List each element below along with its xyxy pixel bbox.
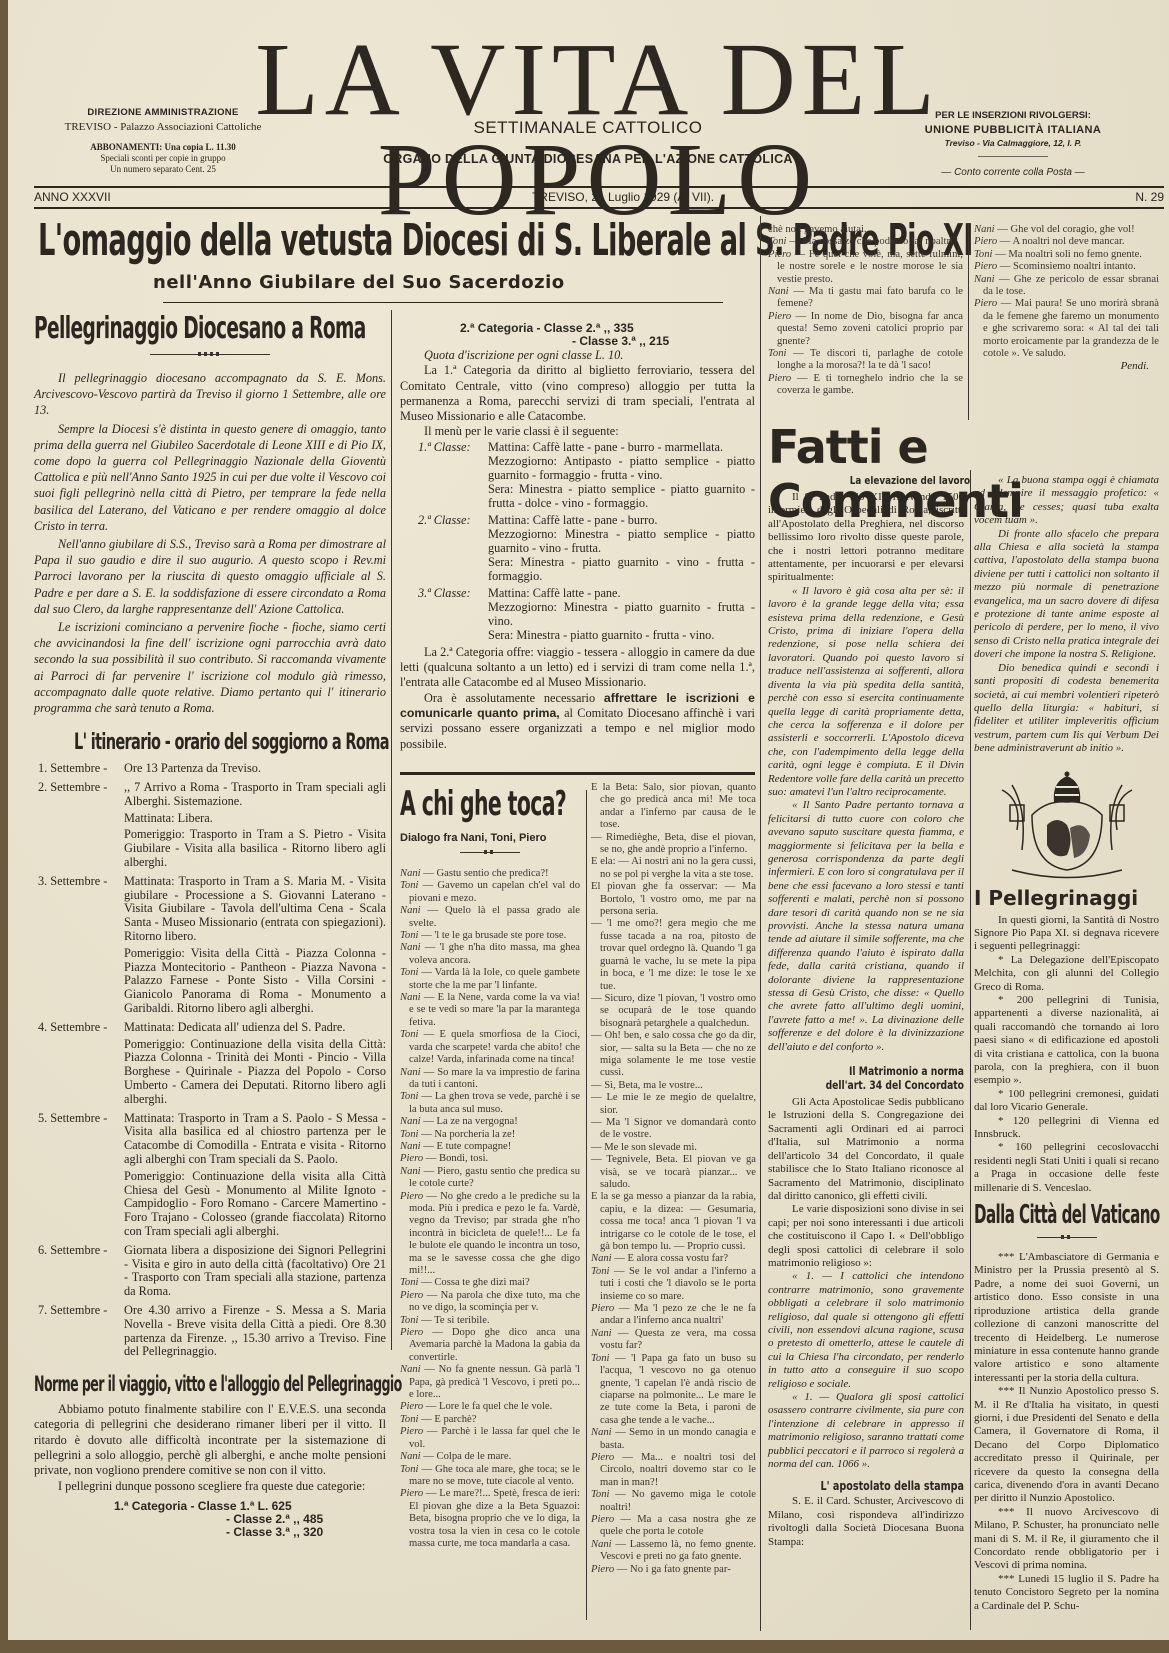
quota-text: Quota d'iscrizione per ogni classe L. 10… [400, 348, 755, 363]
day-entry: Mattinata: Trasporto in Tram a S. Paolo … [124, 1112, 386, 1167]
dialogue-line: Nani — Ghe ze pericolo de essar sbranai … [974, 274, 1159, 299]
day-entry: Mattinata: Libera. [124, 812, 386, 826]
fatti-col-left: La elevazione del lavoro Il S. Padre Pio… [768, 474, 964, 1549]
paragraph: Sempre la Diocesi s'è distinta in questo… [34, 421, 386, 534]
speaker-name: Piero [400, 1426, 427, 1437]
unione-address: Treviso - Via Calmaggiore, 12, I. P. [868, 138, 1158, 148]
meal: Mattina: Caffè latte - pane - burro - ma… [488, 440, 755, 454]
speaker-name: Toni [400, 880, 423, 891]
meal: Sera: Minestra - piatto guarnito - frutt… [488, 628, 755, 642]
paragraph: Dio benedica quindi e secondi i santi pr… [974, 662, 1159, 756]
dialogo-title: A chi ghe toca? [400, 782, 580, 826]
itinerary-day: 6. Settembre - Giornata libera a disposi… [34, 1244, 386, 1302]
menu-intro: Il menù per le varie classi è il seguent… [400, 424, 755, 439]
dialogue-line: Piero — No ghe credo a le prediche su la… [400, 1191, 580, 1278]
lead-subheadline: nell'Anno Giubilare del Suo Sacerdozio [153, 272, 713, 293]
line-text: — Mai paura! Se uno morirà sbranà da le … [983, 298, 1159, 359]
line-text: — Te discori ti, parlaghe de cotole long… [777, 348, 963, 371]
dialogue-line: E ela: — Ai nostri ani no la gera cussì,… [591, 856, 756, 881]
speaker-name: Toni [974, 249, 995, 260]
line-text: — Colpa de le mare. [423, 1451, 511, 1462]
divider [978, 156, 1048, 157]
dialogue-line: Toni — E parchè? [400, 1414, 580, 1426]
pilgrimage-item: * 120 pellegrini di Vienna ed Innsbruck. [974, 1115, 1159, 1142]
speaker-name: Piero [591, 1564, 617, 1575]
column-rule [970, 470, 971, 1630]
day-date: 6. Settembre - [34, 1244, 124, 1302]
day-entry: Ore 4.30 arrivo a Firenze - S. Messa a S… [124, 1304, 386, 1359]
dialogue-line: Toni — Te si teribile. [400, 1315, 580, 1327]
menu-class: 3.ª Classe: Mattina: Caffè latte - pane.… [400, 586, 755, 642]
dialogue-line: Toni — La ghen trova se vede, parchè i s… [400, 1091, 580, 1116]
speaker-name: Piero [400, 1327, 432, 1338]
dialogue-line: Nani — So mare la va imprestio de farina… [400, 1067, 580, 1092]
paragraph: Il pellegrinaggio diocesano accompagnato… [34, 370, 386, 419]
price-line: - Classe 3.ª ,, 320 [114, 1526, 386, 1539]
masthead-rule-bottom [34, 207, 1164, 209]
dialogue-line: Toni — Ma cossa ze che podemo far noaltr… [768, 236, 963, 248]
dialogue-line: Nani — Piero, gastu sentio che predica s… [400, 1166, 580, 1191]
newspaper-page: LA VITA DEL POPOLO DIREZIONE AMMINISTRAZ… [8, 0, 1169, 1640]
meal: Mezzogiorno: Minestra - piatto semplice … [488, 527, 755, 555]
dialogue-line: Toni — Na porcheria la ze! [400, 1129, 580, 1141]
masthead-right-info: PER LE INSERZIONI RIVOLGERSI: UNIONE PUB… [868, 110, 1158, 178]
class-label: 3.ª Classe: [400, 586, 488, 642]
line-text: — Te si teribile. [421, 1315, 490, 1326]
line-text: — A noaltri nol deve mancar. [1000, 236, 1125, 247]
line-text: — Ma a casa nostra ghe ze quele che port… [600, 1514, 756, 1537]
inserzioni-label: PER LE INSERZIONI RIVOLGERSI: [868, 110, 1158, 121]
dialogue-line: Toni — 'l te le ga brusade ste pore tose… [400, 930, 580, 942]
speaker-name: Nani [400, 1451, 423, 1462]
line-text: — Le mare?!... Spetè, fresca de ieri: El… [409, 1488, 580, 1549]
line-text: — Ma noaltri soli no femo gnente. [995, 249, 1142, 260]
day-entry: Giornata libera a disposizione dei Signo… [124, 1244, 386, 1299]
line-text: — 'l me omo?! gera megio che me fusse ta… [591, 918, 756, 991]
closing-paragraph: Ora è assolutamente necessario affrettar… [400, 691, 755, 752]
dialogo-col3: chè no i gavemo aiutai.Toni — Ma cossa z… [768, 224, 963, 398]
price-line: - Classe 3.ª ,, 215 [460, 335, 755, 348]
dialogue-line: Nani — E tute compagne! [400, 1141, 580, 1153]
paragraph: Le varie disposizioni sono divise in sei… [768, 1203, 964, 1270]
meal: Mezzogiorno: Minestra - piatto guarnito … [488, 600, 755, 628]
section-rule [400, 772, 755, 775]
paragraph: Gli Acta Apostolicae Sedis pubblicano le… [768, 1096, 964, 1203]
line-text: — Scominsiemo noaltri intanto. [1000, 261, 1136, 272]
speaker-name: Piero [974, 236, 1000, 247]
lavoro-quote: « Il lavoro è già cosa alta per sè: il l… [768, 585, 964, 800]
dialogue-line: Piero — Le mare?!... Spetè, fresca de ie… [400, 1488, 580, 1550]
line-text: — Ghe ze pericolo de essar sbranai da le… [983, 274, 1159, 297]
line-text: — Ghe vol del coragio, ghe vol! [997, 224, 1134, 235]
itinerary-day: 3. Settembre - Mattinata: Trasporto in T… [34, 875, 386, 1019]
dialogue-line: Piero — No i ga fato gnente par- [591, 1564, 756, 1576]
paragraph: Di fronte allo sfacelo che prepara alla … [974, 528, 1159, 662]
line-text: — E quela smorfiosa de la Cioci, varda c… [409, 1029, 580, 1065]
speaker-name: Nani [400, 942, 425, 953]
speaker-name: Toni [400, 1315, 421, 1326]
dialogue-line: Nani — La ze na vergogna! [400, 1116, 580, 1128]
speaker-name: Nani [400, 1116, 423, 1127]
pilgrimage-item: * La Delegazione dell'Episcopato Melchit… [974, 954, 1159, 994]
speaker-name: Piero [768, 311, 796, 322]
dialogue-line: Piero — Na parola che dixe tuto, ma che … [400, 1290, 580, 1315]
dialogue-line: — Oh! ben, e salo cossa che go da dir, s… [591, 1030, 756, 1080]
lead-headline: L'omaggio della vetusta Diocesi di S. Li… [38, 214, 770, 268]
line-text: — Me le son slevade mi. [591, 1142, 697, 1153]
numero-price-text: Un numero separato Cent. 25 [38, 164, 288, 175]
day-entry: Pomeriggio: Trasporto in Tram a S. Pietr… [124, 828, 386, 869]
dialogue-line: — Me le son slevade mi. [591, 1142, 756, 1154]
dialogue-lines: Nani — Ghe vol del coragio, ghe vol!Pier… [974, 224, 1159, 360]
paragraph: S. E. il Card. Schuster, Arcivescovo di … [768, 1495, 964, 1549]
speaker-name: Piero [591, 1514, 620, 1525]
line-text: — La ghen trova se vede, parchè i se la … [409, 1091, 580, 1114]
dialogo-col4: Nani — Ghe vol del coragio, ghe vol!Pier… [974, 224, 1159, 372]
line-text: — No i ga fato gnente par- [617, 1564, 731, 1575]
speaker-name: Toni [591, 1266, 614, 1277]
speaker-name: Toni [400, 1464, 421, 1475]
day-date: 2. Settembre - [34, 781, 124, 873]
paragraph: I pellegrini dunque possono scegliere fr… [34, 1479, 386, 1494]
speaker-name: Nani [400, 992, 424, 1003]
vatican-item: *** Lunedì 15 luglio il S. Padre ha tenu… [974, 1573, 1159, 1613]
stampa-title: L' apostolato della stampa [807, 1479, 964, 1493]
itinerario-list: 1. Settembre - Ore 13 Partenza da Trevis… [34, 762, 386, 1362]
dialogue-line: — Rimedièghe, Beta, dise el piovan, se n… [591, 832, 756, 857]
line-text: — Ma 'l pezo ze che le ne fa andar a l'i… [600, 1303, 756, 1326]
speaker-name: Nani [591, 1253, 614, 1264]
line-text: — Gavemo un capelan ch'el val do piovani… [409, 880, 580, 903]
line-text: — 'l ghe n'ha dito massa, ma ghea voleva… [409, 942, 580, 965]
paragraph: « 1. — I cattolici che intendono contrar… [768, 1270, 964, 1391]
speaker-name: Piero [768, 249, 795, 260]
line-text: — E tute compagne! [423, 1141, 511, 1152]
day-date: 1. Settembre - [34, 762, 124, 779]
day-date: 7. Settembre - [34, 1304, 124, 1362]
pellegrinaggio-title: Pellegrinaggio Diocesano a Roma [34, 310, 394, 348]
day-date: 5. Settembre - [34, 1112, 124, 1242]
menu-class: 1.ª Classe: Mattina: Caffè latte - pane … [400, 440, 755, 510]
dateline: ANNO XXXVII TREVISO, 21 Luglio 1929 (A. … [34, 190, 1164, 204]
line-text: — Fè quel che volè, ma, sette fulmini, l… [777, 249, 963, 285]
speaker-name: Nani [974, 224, 997, 235]
dialogue-line: Piero — Parchè i le lassa far quel che l… [400, 1426, 580, 1451]
line-text: — Ma 'l Signor ve domandarà conto de le … [591, 1117, 756, 1140]
norme-continued: 2.ª Categoria - Classe 2.ª ,, 335 - Clas… [400, 322, 755, 752]
dialogue-line: Toni — Cossa te ghe dizi mai? [400, 1277, 580, 1289]
speaker-name: Piero [591, 1452, 622, 1463]
meal: Mezzogiorno: Antipasto - piatto semplice… [488, 454, 755, 482]
pilgrimage-item: * 200 pellegrini di Tunisia, appartenent… [974, 994, 1159, 1088]
speaker-name: Piero [400, 1488, 426, 1499]
day-entry: Pomeriggio: Continuazione della visita a… [124, 1170, 386, 1239]
speaker-name: Nani [591, 1539, 615, 1550]
dialogue-line: Nani — No fa gnente nessun. Gà parlà 'l … [400, 1364, 580, 1401]
line-text: — Gastu sentio che predica?! [423, 868, 548, 879]
speaker-name: Toni [400, 967, 421, 978]
masthead-center: SETTIMANALE CATTOLICO ORGANO DELLA GIUNT… [308, 118, 868, 166]
address-text: TREVISO - Palazzo Associazioni Cattolich… [38, 121, 288, 134]
dialogue-line: Nani — Lassemo là, no femo gnente. Vesco… [591, 1539, 756, 1564]
line-text: — E la Nene, varda come la va via! e se … [409, 992, 580, 1028]
speaker-name: Piero [974, 261, 1000, 272]
dialogo-col2: E la Beta: Salo, sior piovan, quanto che… [591, 782, 756, 1576]
speaker-name: Toni [768, 348, 793, 359]
day-date: 3. Settembre - [34, 875, 124, 1019]
line-text: — In nome de Dio, bisogna far anca quest… [777, 311, 963, 347]
dialogue-line: Piero — Dopo ghe dico anca una Avemaria … [400, 1327, 580, 1364]
speaker-name: Piero [591, 1303, 619, 1314]
matrimonio-title: Il Matrimonio a norma dell'art. 34 del C… [807, 1064, 964, 1092]
dialogue-lines: E la Beta: Salo, sior piovan, quanto che… [591, 782, 756, 1576]
speaker-name: Piero [768, 373, 797, 384]
norme-title: Norme per il viaggio, vitto e l'alloggio… [34, 1370, 394, 1398]
line-text: E ela: — Ai nostri ani no la gera cussì,… [591, 856, 756, 879]
line-text: — Quelo là el passa grado ale svelte. [409, 905, 580, 928]
line-text: — Ma cossa ze che podemo far noaltri? [789, 236, 958, 247]
day-entry: Ore 13 Partenza da Treviso. [124, 762, 386, 776]
line-text: — Rimedièghe, Beta, dise el piovan, se n… [591, 832, 756, 855]
dialogue-line: — Sì, Beta, ma le vostre... [591, 1080, 756, 1092]
speaker-name: Toni [400, 1091, 421, 1102]
price-line: - Classe 2.ª ,, 485 [114, 1513, 386, 1526]
itinerario-title: L' itinerario - orario del soggiorno a R… [74, 728, 384, 758]
line-text: — Parchè i le lassa far quel che le vol. [409, 1426, 580, 1449]
meal: Mattina: Caffè latte - pane - burro. [488, 513, 755, 527]
line-text: — Sì, Beta, ma le vostre... [591, 1080, 703, 1091]
ornament-divider [460, 852, 520, 858]
subscription-text: ABBONAMENTI: Una copia L. 11.30 Speciali… [38, 142, 288, 175]
line-text: E la Beta: Salo, sior piovan, quanto che… [591, 782, 756, 830]
dialogue-line: Toni — Te discori ti, parlaghe de cotole… [768, 348, 963, 373]
speaker-name: Nani [591, 1328, 618, 1339]
speaker-name: Piero [400, 1191, 426, 1202]
line-text: — No gavemo miga le cotole noaltri! [600, 1489, 756, 1512]
day-entry: Pomeriggio: Visita della Città - Piazza … [124, 947, 386, 1016]
menu-class: 2.ª Classe: Mattina: Caffè latte - pane … [400, 513, 755, 583]
paragraph: Le iscrizioni cominciano a pervenire fio… [34, 619, 386, 716]
pilgrimage-item: * 160 pellegrini cecoslovacchi residenti… [974, 1141, 1159, 1195]
dialogue-line: — Tegnivele, Beta. El piovan ve ga visà,… [591, 1154, 756, 1191]
pellegrinaggio-body: Il pellegrinaggio diocesano accompagnato… [34, 370, 386, 716]
itinerary-day: 2. Settembre - ,, 7 Arrivo a Roma - Tras… [34, 781, 386, 873]
dialogue-lines: chè no i gavemo aiutai.Toni — Ma cossa z… [768, 224, 963, 398]
papal-tiara-illustration-icon [992, 770, 1142, 880]
line-text: — Varda là la Iole, co quele gambete sto… [409, 967, 580, 990]
lavoro-quote: « Il Santo Padre pertanto tornava a feli… [768, 799, 964, 1054]
issue-date: TREVISO, 21 Luglio 1929 (A. VII). [532, 190, 714, 204]
speaker-name: Toni [400, 1029, 424, 1040]
dialogue-line: Piero — In nome de Dio, bisogna far anca… [768, 311, 963, 348]
issue-number: N. 29 [1135, 190, 1164, 204]
dialogue-line: Nani — Questa ze vera, ma cossa vostu fa… [591, 1328, 756, 1353]
line-text: El piovan ghe fa osservar: — Ma Bortolo,… [591, 881, 756, 917]
paragraph: « La buona stampa oggi è chiamata ad ade… [974, 474, 1159, 528]
direzione-label: DIREZIONE AMMINISTRAZIONE [38, 106, 288, 119]
line-text: — Na parola che dixe tuto, ma che no ve … [409, 1290, 580, 1313]
conto-corrente: — Conto corrente colla Posta — [868, 167, 1158, 178]
vatican-item: *** Il Nunzio Apostolico presso S. M. il… [974, 1385, 1159, 1506]
class-label: 1.ª Classe: [400, 440, 488, 510]
speaker-name: Piero [974, 298, 1001, 309]
paragraph: « 1. — Qualora gli sposi cattolici osass… [768, 1391, 964, 1471]
price-line: 1.ª Categoria - Classe 1.ª L. 625 [114, 1500, 386, 1513]
dialogue-line: Toni — Gavemo un capelan ch'el val do pi… [400, 880, 580, 905]
pilgrimage-item: * 100 pellegrini cremonesi, guidati dal … [974, 1088, 1159, 1115]
dialogue-line: Nani — E alora cossa vostu far? [591, 1253, 756, 1265]
meal: Sera: Minestra - piatto guarnito - vino … [488, 555, 755, 583]
class-label: 2.ª Classe: [400, 513, 488, 583]
line-text: — No ghe credo a le prediche su la moda.… [409, 1191, 580, 1276]
dialogue-line: Toni — Se le vol andar a l'inferno a tut… [591, 1266, 756, 1303]
anno-label: ANNO XXXVII [34, 190, 111, 204]
line-text: E la se ga messo a pianzar da la rabia, … [591, 1191, 756, 1252]
dialogue-line: Piero — Ma a casa nostra ghe ze quele ch… [591, 1514, 756, 1539]
speaker-name: Nani [400, 1141, 423, 1152]
meal: Mattina: Caffè latte - pane. [488, 586, 755, 600]
speaker-name: Piero [400, 1153, 426, 1164]
dialogue-line: Nani — Quelo là el passa grado ale svelt… [400, 905, 580, 930]
day-entry: ,, 7 Arrivo a Roma - Trasporto in Tram s… [124, 781, 386, 809]
speaker-name: Nani [400, 1166, 424, 1177]
itinerary-day: 1. Settembre - Ore 13 Partenza da Trevis… [34, 762, 386, 779]
unione-pubblicita: UNIONE PUBBLICITÀ ITALIANA [868, 124, 1158, 136]
masthead-organ: ORGANO DELLA GIUNTA DIOCESANA PER L'AZIO… [308, 152, 868, 166]
line-text: — 'l te le ga brusade ste pore tose. [421, 930, 566, 941]
masthead-subtitle: SETTIMANALE CATTOLICO [308, 118, 868, 138]
speaker-name: Nani [974, 274, 999, 285]
closing-pre: Ora è assolutamente necessario [424, 691, 604, 705]
speaker-name: Nani [400, 868, 423, 879]
dialogo-col1: A chi ghe toca? Dialogo fra Nani, Toni, … [400, 782, 580, 1550]
lead-divider [163, 302, 723, 303]
line-text: — E ti torneghelo indrio che la se cover… [777, 373, 963, 396]
dialogue-line: Nani — Ghe vol del coragio, ghe vol! [974, 224, 1159, 236]
dialogue-line: Nani — Semo in un mondo canagia e basta. [591, 1427, 756, 1452]
line-text: chè no i gavemo aiutai. [768, 224, 867, 235]
dialogue-line: — Ma 'l Signor ve domandarà conto de le … [591, 1117, 756, 1142]
line-text: — Lore le fa quel che le vole. [426, 1401, 552, 1412]
dialogue-line: Piero — A noaltri nol deve mancar. [974, 236, 1159, 248]
speaker-name: Piero [400, 1401, 426, 1412]
day-date: 4. Settembre - [34, 1021, 124, 1110]
vaticano-title: Dalla Città del Vaticano [974, 1199, 1160, 1231]
line-text: — Ghe toca ale mare, ghe toca; se le mar… [409, 1464, 580, 1487]
vatican-item: *** Il nuovo Arcivescovo di Milano, P. S… [974, 1506, 1159, 1573]
line-text: — So mare la va imprestio de farina da t… [409, 1067, 580, 1090]
speaker-name: Toni [591, 1353, 615, 1364]
line-text: — No fa gnente nessun. Gà parlà 'l Papa,… [409, 1364, 580, 1400]
masthead-left-info: DIREZIONE AMMINISTRAZIONE TREVISO - Pala… [38, 106, 288, 175]
line-text: — 'l Papa ga fato un buso su l'acqua, 'l… [600, 1353, 756, 1426]
speaker-name: Toni [768, 236, 789, 247]
dialogue-line: E la Beta: Salo, sior piovan, quanto che… [591, 782, 756, 832]
column-rule [968, 224, 969, 420]
line-text: — Ma ti gastu mai fato barufa co le feme… [777, 286, 963, 309]
dialogue-line: — Sicuro, dize 'l piovan, 'l vostro omo … [591, 993, 756, 1030]
dialogue-line: Toni — Ghe toca ale mare, ghe toca; se l… [400, 1464, 580, 1489]
dialogue-line: Nani — E la Nene, varda come la va via! … [400, 992, 580, 1029]
dialogue-line: Toni — Ma noaltri soli no femo gnente. [974, 249, 1159, 261]
dialogue-line: Toni — 'l Papa ga fato un buso su l'acqu… [591, 1353, 756, 1427]
cat1-prices: 1.ª Categoria - Classe 1.ª L. 625 - Clas… [114, 1500, 386, 1539]
dialogue-line: Nani — Ma ti gastu mai fato barufa co le… [768, 286, 963, 311]
dialogo-subtitle: Dialogo fra Nani, Toni, Piero [400, 832, 580, 844]
dialogue-line: Nani — 'l ghe n'ha dito massa, ma ghea v… [400, 942, 580, 967]
masthead-rule-top [34, 186, 1164, 188]
dialogue-line: Piero — Ma... e noaltri tosi del Circolo… [591, 1452, 756, 1489]
itinerary-day: 5. Settembre - Mattinata: Trasporto in T… [34, 1112, 386, 1242]
menu-list: 1.ª Classe: Mattina: Caffè latte - pane … [400, 440, 755, 642]
lavoro-title: La elevazione del lavoro [808, 474, 970, 487]
lavoro-intro: Il S. Padre Pio XI., ricevendo 1500 infe… [768, 491, 964, 585]
line-text: — Tegnivele, Beta. El piovan ve ga visà,… [591, 1154, 756, 1190]
paragraph: In questi giorni, la Santità di Nostro S… [974, 914, 1159, 954]
line-text: — Na porcheria la ze! [421, 1129, 515, 1140]
dialogue-line: Piero — Fè quel che volè, ma, sette fulm… [768, 249, 963, 286]
line-text: — Piero, gastu sentio che predica su le … [409, 1166, 580, 1189]
speaker-name: Toni [591, 1489, 615, 1500]
line-text: — Se le vol andar a l'inferno a tuti i c… [600, 1266, 756, 1302]
column-rule [391, 310, 392, 1350]
meal: Sera: Minestra - piatto semplice - piatt… [488, 482, 755, 510]
dialogue-line: Nani — Colpa de le mare. [400, 1451, 580, 1463]
line-text: — Sicuro, dize 'l piovan, 'l vostro omo … [591, 993, 756, 1029]
speaker-name: Nani [400, 1067, 424, 1078]
dialogue-line: E la se ga messo a pianzar da la rabia, … [591, 1191, 756, 1253]
cat2-prices: 2.ª Categoria - Classe 2.ª ,, 335 - Clas… [460, 322, 755, 348]
dialogue-line: Piero — Lore le fa quel che le vole. [400, 1401, 580, 1413]
line-text: — La ze na vergogna! [423, 1116, 518, 1127]
speaker-name: Toni [400, 1129, 421, 1140]
dialogue-line: — 'l me omo?! gera megio che me fusse ta… [591, 918, 756, 992]
itinerary-day: 7. Settembre - Ore 4.30 arrivo a Firenze… [34, 1304, 386, 1362]
dialogue-line: Toni — Varda là la Iole, co quele gambet… [400, 967, 580, 992]
sconti-text: Speciali sconti per copie in gruppo [38, 153, 288, 164]
line-text: — Le mie le ze megio de quelaltre, sior. [591, 1092, 756, 1115]
speaker-name: Toni [400, 1277, 421, 1288]
pellegrinaggio-article: Pellegrinaggio Diocesano a Roma Il pelle… [34, 310, 386, 1539]
dialogue-line: chè no i gavemo aiutai. [768, 224, 963, 236]
line-text: — Dopo ghe dico anca una Avemaria parchè… [409, 1327, 580, 1363]
line-text: — E alora cossa vostu far? [614, 1253, 728, 1264]
speaker-name: Toni [400, 930, 421, 941]
dialogue-line: El piovan ghe fa osservar: — Ma Bortolo,… [591, 881, 756, 918]
day-entry: Mattinata: Trasporto in Tram a S. Maria … [124, 875, 386, 944]
paragraph: Nell'anno giubilare di S.S., Treviso sar… [34, 536, 386, 617]
pellegrinaggi-title: I Pellegrinaggi [974, 886, 1159, 910]
itinerary-day: 4. Settembre - Mattinata: Dedicata all' … [34, 1021, 386, 1110]
line-text: — E parchè? [421, 1414, 476, 1425]
ornament-divider [150, 354, 270, 360]
dialogue-line: Nani — Gastu sentio che predica?! [400, 868, 580, 880]
dialogue-line: — Le mie le ze megio de quelaltre, sior. [591, 1092, 756, 1117]
speaker-name: Nani [768, 286, 794, 297]
abbonamenti-text: ABBONAMENTI: Una copia L. 11.30 [38, 142, 288, 153]
day-entry: Mattinata: Dedicata all' udienza del S. … [124, 1021, 386, 1035]
line-text: — Lassemo là, no femo gnente. Vescovi e … [600, 1539, 756, 1562]
dialogue-line: Toni — E quela smorfiosa de la Cioci, va… [400, 1029, 580, 1066]
line-text: — Oh! ben, e salo cossa che go da dir, s… [591, 1030, 756, 1078]
cat1-description: La 1.ª Categoria da diritto al biglietto… [400, 363, 755, 424]
ornament-divider [1037, 1237, 1097, 1243]
dialogue-line: Piero — Scominsiemo noaltri intanto. [974, 261, 1159, 273]
column-rule [586, 790, 587, 1620]
dialogue-line: Piero — Mai paura! Se uno morirà sbranà … [974, 298, 1159, 360]
dialogue-line: Piero — Ma 'l pezo ze che le ne fa andar… [591, 1303, 756, 1328]
line-text: — Cossa te ghe dizi mai? [421, 1277, 530, 1288]
